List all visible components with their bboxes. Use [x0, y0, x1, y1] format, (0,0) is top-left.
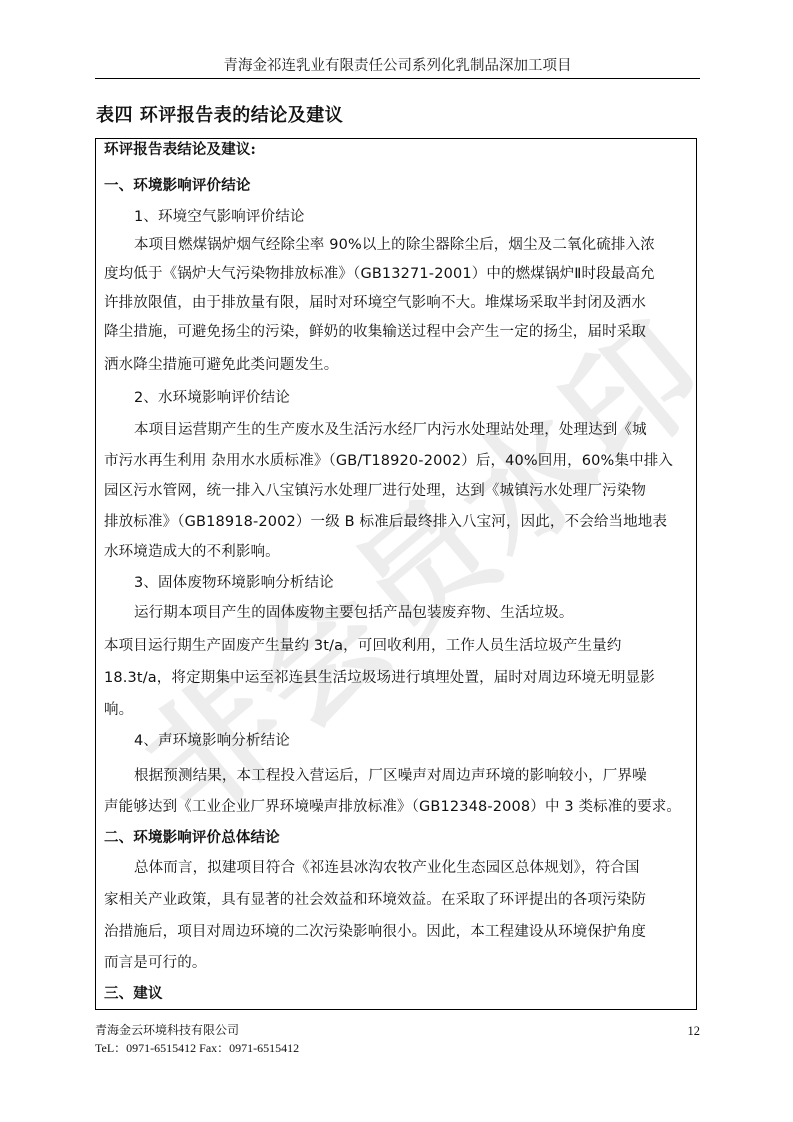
- footer-contact: TeL：0971-6515412 Fax：0971-6515412: [95, 1041, 299, 1056]
- intro-label: 环评报告表结论及建议:: [104, 140, 694, 160]
- page-number: 12: [688, 1024, 701, 1039]
- paragraph-line: 许排放限值，由于排放量有限，届时对环境空气影响不大。堆煤场采取半封闭及洒水: [104, 293, 694, 313]
- paragraph-line: 而言是可行的。: [104, 953, 694, 973]
- sub3-heading: 3、固体废物环境影响分析结论: [134, 573, 724, 593]
- sub1-heading: 1、环境空气影响评价结论: [134, 207, 724, 227]
- paragraph-line: 排放标准》（GB18918-2002）一级 B 标准后最终排入八宝河，因此，不会…: [104, 512, 694, 532]
- paragraph-line: 降尘措施，可避免扬尘的污染，鲜奶的收集输送过程中会产生一定的扬尘，届时采取: [104, 322, 694, 342]
- paragraph-line: 水环境造成大的不利影响。: [104, 542, 694, 562]
- paragraph-line: 园区污水管网，统一排入八宝镇污水处理厂进行处理，达到《城镇污水处理厂污染物: [104, 481, 694, 501]
- part3-heading: 三、建议: [104, 984, 694, 1004]
- paragraph-line: 声能够达到《工业企业厂界环境噪声排放标准》（GB12348-2008）中 3 类…: [104, 797, 694, 817]
- header-rule: [95, 78, 700, 79]
- part1-heading: 一、环境影响评价结论: [104, 176, 694, 196]
- paragraph-line: 运行期本项目产生的固体废物主要包括产品包装废弃物、生活垃圾。: [134, 603, 724, 623]
- section-title: 表四 环评报告表的结论及建议: [96, 104, 343, 128]
- paragraph-line: 家相关产业政策，具有显著的社会效益和环境效益。在采取了环评提出的各项污染防: [104, 890, 694, 910]
- footer-company: 青海金云环境科技有限公司: [95, 1023, 239, 1038]
- paragraph-line: 根据预测结果，本工程投入营运后，厂区噪声对周边声环境的影响较小，厂界噪: [134, 766, 694, 786]
- paragraph-line: 度均低于《锅炉大气污染物排放标准》（GB13271-2001）中的燃煤锅炉Ⅱ时段…: [104, 264, 694, 284]
- part2-heading: 二、环境影响评价总体结论: [104, 828, 694, 848]
- sub2-heading: 2、水环境影响评价结论: [134, 388, 724, 408]
- paragraph-line: 18.3t/a，将定期集中运至祁连县生活垃圾场进行填埋处置，届时对周边环境无明显…: [104, 668, 694, 688]
- sub4-heading: 4、声环境影响分析结论: [134, 731, 724, 751]
- paragraph-line: 治措施后，项目对周边环境的二次污染影响很小。因此，本工程建设从环境保护角度: [104, 922, 694, 942]
- paragraph-line: 响。: [104, 700, 694, 720]
- paragraph-line: 总体而言，拟建项目符合《祁连县冰沟农牧产业化生态园区总体规划》，符合国: [134, 858, 694, 878]
- paragraph-line: 本项目燃煤锅炉烟气经除尘率 90%以上的除尘器除尘后，烟尘及二氧化硫排入浓: [134, 235, 694, 255]
- page-header: 青海金祁连乳业有限责任公司系列化乳制品深加工项目: [95, 56, 700, 76]
- paragraph-line: 市污水再生利用 杂用水水质标准》（GB/T18920-2002）后，40%回用，…: [104, 451, 694, 471]
- paragraph-line: 洒水降尘措施可避免此类问题发生。: [104, 355, 694, 375]
- paragraph-line: 本项目运营期产生的生产废水及生活污水经厂内污水处理站处理，处理达到《城: [134, 420, 694, 440]
- paragraph-line: 本项目运行期生产固废产生量约 3t/a，可回收利用，工作人员生活垃圾产生量约: [104, 636, 694, 656]
